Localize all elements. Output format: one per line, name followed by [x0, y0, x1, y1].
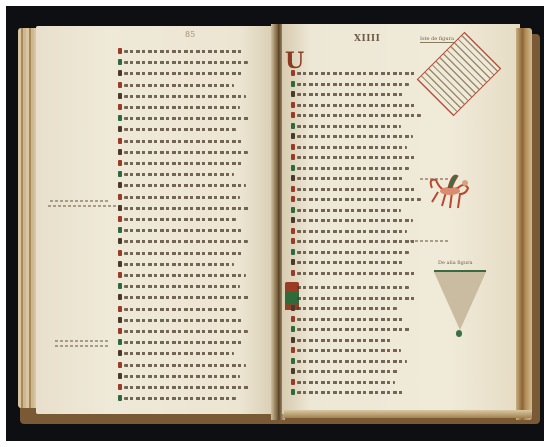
- margin-gloss: [50, 200, 110, 202]
- manuscript-text-line: [297, 318, 405, 321]
- rubricated-initial: [118, 362, 122, 368]
- manuscript-text-line: [297, 104, 415, 107]
- rubricated-initial: [118, 138, 122, 144]
- manuscript-text-line: [297, 391, 403, 394]
- rubricated-initial: [291, 70, 295, 76]
- rubricated-initial: [118, 160, 122, 166]
- rubricated-initial: [118, 171, 122, 177]
- manuscript-text-line: [297, 114, 421, 117]
- manuscript-text-line: [124, 308, 236, 311]
- rubricated-initial: [291, 238, 295, 244]
- rubricated-initial: [291, 144, 295, 150]
- manuscript-text-line: [297, 156, 417, 159]
- manuscript-text-line: [124, 184, 246, 187]
- manuscript-text-line: [124, 319, 242, 322]
- rubricated-initial: [291, 133, 295, 139]
- manuscript-text-line: [124, 240, 248, 243]
- rubricated-initial: [118, 261, 122, 267]
- manuscript-text-line: [297, 167, 409, 170]
- rubricated-initial: [291, 284, 295, 290]
- manuscript-text-line: [297, 240, 417, 243]
- manuscript-text-line: [297, 261, 403, 264]
- rubricated-initial: [291, 175, 295, 181]
- manuscript-text-line: [124, 140, 242, 143]
- manuscript-text-line: [297, 272, 415, 275]
- manuscript-text-line: [124, 173, 234, 176]
- rubricated-initial: [291, 91, 295, 97]
- manuscript-text-line: [124, 196, 240, 199]
- margin-gloss: [410, 240, 450, 242]
- rubricated-initial: [118, 205, 122, 211]
- margin-note-triangle: De alia figura: [438, 260, 472, 266]
- sphinx-illustration: [424, 168, 474, 218]
- rubricated-initial: [118, 384, 122, 390]
- manuscript-text-line: [297, 297, 415, 300]
- page-edges-right: [516, 28, 532, 420]
- triangle-diagram-finial: [456, 330, 462, 337]
- rubricated-initial: [118, 373, 122, 379]
- rubricated-initial: [118, 283, 122, 289]
- manuscript-text-line: [124, 364, 246, 367]
- manuscript-text-line: [124, 252, 244, 255]
- rubricated-initial: [118, 115, 122, 121]
- rubricated-initial: [291, 217, 295, 223]
- rubricated-initial: [291, 326, 295, 332]
- manuscript-text-line: [124, 95, 246, 98]
- triangle-diagram: [434, 272, 486, 330]
- rubricated-initial: [291, 295, 295, 301]
- rubricated-initial: [291, 347, 295, 353]
- rubricated-initial: [118, 250, 122, 256]
- rubricated-initial: [291, 259, 295, 265]
- margin-gloss: [48, 205, 118, 207]
- rubricated-initial: [118, 126, 122, 132]
- manuscript-text-line: [297, 381, 395, 384]
- manuscript-text-line: [124, 263, 234, 266]
- manuscript-text-line: [297, 230, 407, 233]
- manuscript-text-line: [124, 386, 250, 389]
- rubricated-initial: [291, 81, 295, 87]
- manuscript-text-line: [297, 251, 409, 254]
- manuscript-text-line: [124, 72, 244, 75]
- manuscript-text-line: [124, 397, 236, 400]
- manuscript-text-line: [297, 135, 413, 138]
- decorated-initial: U: [285, 50, 304, 72]
- rubricated-initial: [118, 328, 122, 334]
- margin-note-top: Iste de figura: [420, 36, 454, 43]
- rubricated-initial: [118, 395, 122, 401]
- manuscript-text-line: [297, 307, 397, 310]
- margin-gloss: [55, 340, 110, 342]
- manuscript-text-line: [297, 209, 401, 212]
- rubricated-initial: [118, 339, 122, 345]
- manuscript-text-line: [124, 218, 236, 221]
- page-edges-bottom: [284, 410, 532, 418]
- rubricated-initial: [118, 227, 122, 233]
- rubricated-initial: [291, 270, 295, 276]
- manuscript-text-line: [297, 328, 411, 331]
- manuscript-text-line: [124, 106, 240, 109]
- rubricated-initial: [291, 358, 295, 364]
- rubricated-initial: [118, 93, 122, 99]
- manuscript-text-line: [124, 296, 250, 299]
- manuscript-text-line: [124, 341, 244, 344]
- rubricated-initial: [291, 228, 295, 234]
- rubricated-initial: [291, 207, 295, 213]
- triangle-diagram-bar: [434, 270, 486, 272]
- manuscript-text-line: [297, 125, 401, 128]
- rubricated-initial: [118, 48, 122, 54]
- manuscript-text-line: [124, 151, 248, 154]
- manuscript-text-line: [124, 207, 250, 210]
- manuscript-text-line: [124, 285, 240, 288]
- manuscript-text-line: [124, 274, 246, 277]
- margin-gloss: [55, 345, 110, 347]
- rubricated-initial: [291, 368, 295, 374]
- rubricated-initial: [291, 249, 295, 255]
- rubricated-initial: [291, 316, 295, 322]
- rubricated-initial: [118, 238, 122, 244]
- manuscript-text-line: [297, 72, 417, 75]
- rubricated-initial: [291, 389, 295, 395]
- manuscript-text-line: [124, 162, 244, 165]
- rubricated-initial: [118, 350, 122, 356]
- manuscript-text-line: [297, 339, 393, 342]
- rubricated-initial: [291, 102, 295, 108]
- rubricated-initial: [291, 112, 295, 118]
- manuscript-text-line: [124, 229, 242, 232]
- manuscript-text-line: [297, 360, 407, 363]
- manuscript-text-line: [124, 117, 250, 120]
- manuscript-text-line: [297, 177, 403, 180]
- rubricated-initial: [118, 59, 122, 65]
- manuscript-text-line: [297, 146, 407, 149]
- rubricated-initial: [118, 104, 122, 110]
- rubricated-initial: [291, 337, 295, 343]
- manuscript-text-line: [297, 198, 421, 201]
- rubricated-initial: [118, 317, 122, 323]
- folio-number: 85: [185, 30, 195, 39]
- rubricated-initial: [291, 379, 295, 385]
- manuscript-text-line: [297, 349, 401, 352]
- manuscript-text-line: [124, 50, 242, 53]
- margin-gloss: [420, 178, 450, 180]
- manuscript-text-line: [297, 188, 415, 191]
- manuscript-text-line: [297, 93, 403, 96]
- manuscript-text-line: [297, 83, 409, 86]
- manuscript-text-line: [124, 61, 248, 64]
- rubricated-initial: [291, 305, 295, 311]
- rubricated-initial: [291, 165, 295, 171]
- rubricated-initial: [118, 272, 122, 278]
- rubricated-initial: [291, 186, 295, 192]
- rubricated-initial: [118, 306, 122, 312]
- manuscript-text-line: [297, 219, 413, 222]
- rubricated-initial: [291, 154, 295, 160]
- manuscript-text-line: [124, 128, 236, 131]
- manuscript-text-line: [124, 375, 240, 378]
- manuscript-text-line: [297, 370, 399, 373]
- rubricated-initial: [118, 194, 122, 200]
- rubricated-initial: [118, 82, 122, 88]
- rubricated-initial: [118, 182, 122, 188]
- manuscript-text-line: [124, 330, 248, 333]
- rubricated-initial: [118, 70, 122, 76]
- rubricated-initial: [118, 149, 122, 155]
- manuscript-text-line: [124, 352, 234, 355]
- chapter-numeral: XIIII: [354, 34, 380, 44]
- rubricated-initial: [118, 216, 122, 222]
- manuscript-text-line: [297, 286, 409, 289]
- rubricated-initial: [291, 196, 295, 202]
- rubricated-initial: [118, 294, 122, 300]
- rubricated-initial: [291, 123, 295, 129]
- manuscript-text-line: [124, 84, 234, 87]
